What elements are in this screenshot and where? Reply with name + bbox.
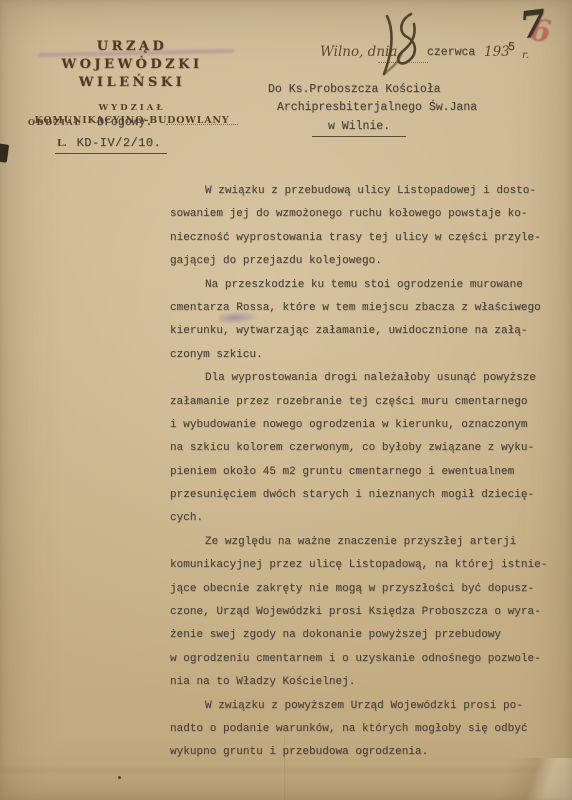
ink-smudge <box>219 310 260 326</box>
office-name-line2: WILEŃSKI <box>24 74 240 92</box>
letterhead: URZĄD WOJEWÓDZKI WILEŃSKI WYDZIAŁ KOMUNI… <box>24 38 240 128</box>
body-line: jące obecnie zakręty nie mogą w przyszło… <box>170 578 570 601</box>
bottom-right-fold <box>430 758 572 800</box>
body-line: Dla wyprostowania drogi należałoby usuną… <box>170 367 570 390</box>
body-line: W związku z przebudową ulicy Listopadowe… <box>170 180 570 203</box>
body-line: przesunięciem dwóch starych i nieznanych… <box>170 484 570 507</box>
left-edge-mark <box>0 143 9 162</box>
body-line: i wybudowanie nowego ogrodzenia w kierun… <box>170 414 570 437</box>
letter-body: W związku z przebudową ulicy Listopadowe… <box>170 180 570 765</box>
body-line: W związku z powyższem Urząd Wojewódzki p… <box>170 695 570 718</box>
division-value: Drogowy. <box>97 116 152 129</box>
division-label: ODDZIAŁ <box>28 117 82 127</box>
body-line: gającej do przejazdu kolejowego. <box>170 250 570 273</box>
body-line: cych. <box>170 507 570 530</box>
body-line: nieczność wyprostowania trasy tej ulicy … <box>170 227 570 250</box>
reference-prefix: L. <box>57 138 67 149</box>
center-fold-seam <box>284 735 285 800</box>
date-year-typed: 5 <box>508 41 515 54</box>
paper-speck <box>118 776 121 779</box>
body-line: czone, Urząd Wojewódzki prosi Księdza Pr… <box>170 601 570 624</box>
body-line: sowaniem jej do wzmożonego ruchu kołoweg… <box>170 203 570 226</box>
body-line: czonym szkicu. <box>170 344 570 367</box>
dotted-rule <box>166 114 238 125</box>
division-row: ODDZIAŁ Drogowy. <box>28 112 240 130</box>
body-line: Na przeszkodzie ku temu stoi ogrodzenie … <box>170 274 570 297</box>
addressee-line2: Archipresbiterjalnego Św.Jana <box>277 101 477 114</box>
reference-value: KD-IV/2/10. <box>77 136 162 150</box>
handwritten-day <box>371 10 431 78</box>
addressee-line1: Do Ks.Proboszcza Kościoła <box>268 83 441 96</box>
addressee-line3: w Wilnie. <box>312 120 406 137</box>
body-line: komunikacyjnej przez ulicę Listopadową, … <box>170 554 570 577</box>
body-line: Ze względu na ważne znaczenie przyszłej … <box>170 531 570 554</box>
body-line: pieniem około 45 m2 gruntu cmentarnego i… <box>170 461 570 484</box>
date-month: czerwca <box>427 46 475 59</box>
body-line: załamanie przez rozebranie tej części mu… <box>170 391 570 414</box>
date-year-suffix: r. <box>522 49 529 61</box>
date-year-printed: 193 <box>484 44 510 60</box>
reference-number: L. KD-IV/2/10. <box>55 133 167 154</box>
body-line: na szkicu kolorem czerwonym, co byłoby z… <box>170 437 570 460</box>
corner-number-pencil: 7 <box>517 1 548 48</box>
body-line: nia na to Władzy Kościelnej. <box>170 671 570 694</box>
letter-page: URZĄD WOJEWÓDZKI WILEŃSKI WYDZIAŁ KOMUNI… <box>0 0 572 800</box>
body-line: w ogrodzeniu cmentarnem i o uzyskanie od… <box>170 648 570 671</box>
body-line: żenie swej zgody na dokonanie powyższej … <box>170 624 570 647</box>
body-line: nadto o podanie warunków, na których mog… <box>170 718 570 741</box>
